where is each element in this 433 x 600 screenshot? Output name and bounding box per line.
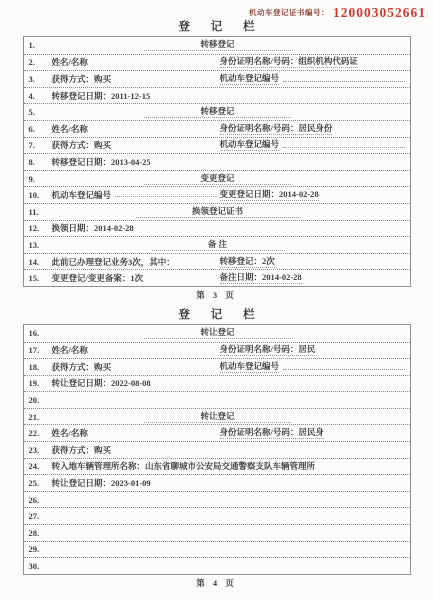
row-right-wrap: 备注日期：2014-02-28 <box>220 272 407 284</box>
page-number-label: 第 3 页 <box>0 290 433 301</box>
table-row: 14.此前已办理登记业务3次，其中：转移登记：2次 <box>24 253 410 270</box>
row-number: 18. <box>29 362 52 372</box>
row-number: 12. <box>29 223 52 233</box>
registration-section-page3: 登 记 栏 1.转移登记2.姓名/名称身份证明名称/号码：组织机构代码证3.获得… <box>0 20 433 301</box>
table-row: 2.姓名/名称身份证明名称/号码：组织机构代码证 <box>24 54 410 71</box>
row-left-label: 变更登记/变更备案：1次 <box>52 273 144 283</box>
registration-section-page4: 登 记 栏 16.转让登记17.姓名/名称身份证明名称/号码：居民18.获得方式… <box>0 308 433 589</box>
row-number: 16. <box>29 328 52 338</box>
row-right-text: 身份证明名称/号码：居民身 <box>220 427 324 439</box>
row-right-wrap: 身份证明名称/号码：居民 <box>220 344 407 356</box>
row-number: 13. <box>29 240 52 250</box>
row-left-label: 转让登记日期：2022-08-08 <box>52 378 151 388</box>
row-left-label: 获得方式：购买 <box>52 74 112 84</box>
row-left-label: 此前已办理登记业务3次，其中： <box>52 257 175 267</box>
row-left-label: 转让登记日期：2023-01-09 <box>52 478 151 488</box>
row-center-title: 转移登记 <box>144 39 290 51</box>
row-left-text: 姓名/名称 <box>52 124 220 134</box>
row-right-wrap: 身份证明名称/号码：组织机构代码证 <box>220 56 407 68</box>
table-row: 26. <box>24 491 410 508</box>
row-left-text: 姓名/名称 <box>52 345 220 355</box>
table-row: 12.换领日期：2014-02-28 <box>24 220 410 237</box>
row-left-label: 获得方式：购买 <box>52 362 112 372</box>
row-right-wrap: 身份证明名称/号码：居民身 <box>220 427 407 439</box>
row-number: 14. <box>29 257 52 267</box>
row-left-text: 换领日期：2014-02-28 <box>52 223 407 233</box>
row-left-text: 姓名/名称 <box>52 428 220 438</box>
row-number: 22. <box>29 428 52 438</box>
row-right-wrap: 机动车登记编号 <box>220 361 407 373</box>
table-row: 9.变更登记 <box>24 170 410 187</box>
row-left-label: 获得方式：购买 <box>52 445 112 455</box>
row-left-label: 姓名/名称 <box>52 345 88 355</box>
row-center-wrap: 换领登记证书 <box>52 206 384 218</box>
row-number: 10. <box>29 190 52 200</box>
row-number: 6. <box>29 124 52 134</box>
row-left-label: 转入地车辆管理所名称：山东省聊城市公安局交通警察支队车辆管理所 <box>52 461 316 471</box>
table-row: 19.转让登记日期：2022-08-08 <box>24 375 410 392</box>
row-center-wrap: 变更登记 <box>52 173 384 185</box>
row-left-label: 转移登记日期：2013-04-25 <box>52 157 151 167</box>
row-left-text: 转移登记日期：2011-12-15 <box>52 91 407 101</box>
row-left-text: 获得方式：购买 <box>52 445 407 455</box>
row-left-text: 转入地车辆管理所名称：山东省聊城市公安局交通警察支队车辆管理所 <box>52 461 407 471</box>
row-left-text: 姓名/名称 <box>52 57 220 67</box>
row-right-wrap: 身份证明名称/号码：居民身份 <box>220 123 407 135</box>
table-row: 3.获得方式：购买机动车登记编号 <box>24 70 410 87</box>
row-right-wrap: 转移登记：2次 <box>220 256 407 268</box>
row-center-title: 备 注 <box>152 239 283 251</box>
table-row: 27. <box>24 507 410 524</box>
row-right-wrap: 机动车登记编号 <box>220 73 407 85</box>
table-row: 23.获得方式：购买 <box>24 441 410 458</box>
row-right-text: 身份证明名称/号码：居民身份 <box>220 123 333 135</box>
row-center-wrap: 转移登记 <box>52 106 384 118</box>
row-left-text: 获得方式：购买 <box>52 74 220 84</box>
row-number: 23. <box>29 445 52 455</box>
certificate-number-label: 机动车登记证书编号： <box>249 8 329 17</box>
row-number: 30. <box>29 561 52 571</box>
row-center-wrap: 转让登记 <box>52 327 384 339</box>
row-left-text: 变更登记/变更备案：1次 <box>52 273 220 283</box>
row-left-text: 机动车登记编号 <box>52 190 220 200</box>
row-left-text: 获得方式：购买 <box>52 140 220 150</box>
table-row: 25.转让登记日期：2023-01-09 <box>24 474 410 491</box>
row-center-wrap: 转移登记 <box>52 39 384 51</box>
row-left-text: 转移登记日期：2013-04-25 <box>52 157 407 167</box>
row-left-label: 机动车登记编号 <box>52 190 112 200</box>
table-row: 29. <box>24 541 410 558</box>
table-row: 10.机动车登记编号变更登记日期：2014-02-28 <box>24 186 410 203</box>
row-right-text: 身份证明名称/号码：组织机构代码证 <box>220 56 358 68</box>
row-number: 9. <box>29 174 52 184</box>
table-row: 28. <box>24 524 410 541</box>
row-number: 17. <box>29 345 52 355</box>
row-left-label: 姓名/名称 <box>52 428 88 438</box>
blank-fill-line <box>283 81 404 82</box>
table-row: 24.转入地车辆管理所名称：山东省聊城市公安局交通警察支队车辆管理所 <box>24 458 410 475</box>
row-number: 26. <box>29 495 52 505</box>
row-number: 29. <box>29 544 52 554</box>
table-row: 15.变更登记/变更备案：1次备注日期：2014-02-28 <box>24 269 410 286</box>
section-title: 登 记 栏 <box>0 308 433 323</box>
row-left-label: 姓名/名称 <box>52 124 88 134</box>
certificate-number: 120003052661 <box>333 5 426 20</box>
row-left-text: 获得方式：购买 <box>52 362 220 372</box>
row-left-text: 转让登记日期：2022-08-08 <box>52 378 407 388</box>
row-right-wrap: 变更登记日期：2014-02-28 <box>220 189 407 201</box>
row-number: 5. <box>29 107 52 117</box>
table-row: 16.转让登记 <box>24 325 410 342</box>
row-right-text: 机动车登记编号 <box>220 139 280 151</box>
row-center-title: 转让登记 <box>144 411 290 423</box>
row-right-text: 变更登记日期：2014-02-28 <box>220 189 319 201</box>
table-row: 30. <box>24 557 410 574</box>
row-left-label: 转移登记日期：2011-12-15 <box>52 91 151 101</box>
table-row: 17.姓名/名称身份证明名称/号码：居民 <box>24 342 410 359</box>
table-row: 11.换领登记证书 <box>24 203 410 220</box>
page-number-label: 第 4 页 <box>0 578 433 589</box>
row-number: 3. <box>29 74 52 84</box>
row-number: 24. <box>29 461 52 471</box>
row-center-title: 转移登记 <box>144 106 290 118</box>
certificate-number-line: 机动车登记证书编号： 120003052661 <box>0 0 433 19</box>
row-center-title: 变更登记 <box>144 173 290 185</box>
row-number: 8. <box>29 157 52 167</box>
row-number: 7. <box>29 140 52 150</box>
table-row: 22.姓名/名称身份证明名称/号码：居民身 <box>24 424 410 441</box>
row-center-wrap: 备 注 <box>52 239 384 251</box>
row-number: 11. <box>29 207 52 217</box>
blank-fill-line <box>283 369 404 370</box>
row-number: 2. <box>29 57 52 67</box>
table-row: 5.转移登记 <box>24 103 410 120</box>
table-row: 18.获得方式：购买机动车登记编号 <box>24 358 410 375</box>
table-row: 21.转让登记 <box>24 408 410 425</box>
row-center-title: 换领登记证书 <box>136 206 299 218</box>
row-right-wrap: 机动车登记编号 <box>220 139 407 151</box>
registration-table: 16.转让登记17.姓名/名称身份证明名称/号码：居民18.获得方式：购买机动车… <box>23 324 411 575</box>
registration-table: 1.转移登记2.姓名/名称身份证明名称/号码：组织机构代码证3.获得方式：购买机… <box>23 36 411 287</box>
row-left-text: 转让登记日期：2023-01-09 <box>52 478 407 488</box>
row-right-text: 机动车登记编号 <box>220 361 280 373</box>
row-number: 20. <box>29 395 52 405</box>
row-center-wrap: 转让登记 <box>52 411 384 423</box>
row-number: 15. <box>29 273 52 283</box>
row-number: 19. <box>29 378 52 388</box>
table-row: 1.转移登记 <box>24 37 410 54</box>
row-center-title: 转让登记 <box>144 327 290 339</box>
table-row: 4.转移登记日期：2011-12-15 <box>24 87 410 104</box>
row-left-label: 换领日期：2014-02-28 <box>52 223 134 233</box>
row-right-text: 机动车登记编号 <box>220 73 280 85</box>
row-right-text: 转移登记：2次 <box>220 256 275 268</box>
vehicle-registration-certificate-page: 机动车登记证书编号： 120003052661 登 记 栏 1.转移登记2.姓名… <box>0 0 433 600</box>
table-row: 13.备 注 <box>24 236 410 253</box>
row-left-label: 姓名/名称 <box>52 57 88 67</box>
table-row: 20. <box>24 391 410 408</box>
row-number: 4. <box>29 91 52 101</box>
row-number: 27. <box>29 511 52 521</box>
blank-fill-line <box>283 147 404 148</box>
row-number: 1. <box>29 40 52 50</box>
blank-fill-line <box>115 196 217 197</box>
row-number: 28. <box>29 528 52 538</box>
section-title: 登 记 栏 <box>0 20 433 35</box>
table-row: 7.获得方式：购买机动车登记编号 <box>24 137 410 154</box>
table-row: 6.姓名/名称身份证明名称/号码：居民身份 <box>24 120 410 137</box>
row-number: 25. <box>29 478 52 488</box>
row-left-label: 获得方式：购买 <box>52 140 112 150</box>
row-number: 21. <box>29 412 52 422</box>
row-right-text: 身份证明名称/号码：居民 <box>220 344 316 356</box>
row-right-text: 备注日期：2014-02-28 <box>220 272 302 284</box>
table-row: 8.转移登记日期：2013-04-25 <box>24 153 410 170</box>
row-left-text: 此前已办理登记业务3次，其中： <box>52 257 220 267</box>
